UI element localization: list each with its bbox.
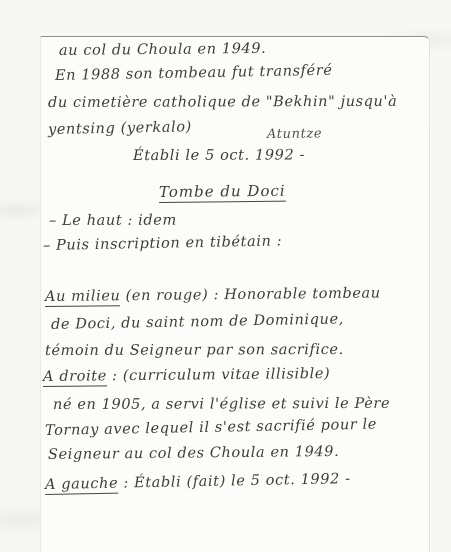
section-title: Tombe du Doci xyxy=(159,182,286,201)
handwritten-dateline: Établi le 5 oct. 1992 - xyxy=(133,147,305,164)
handwritten-line: du cimetière catholique de "Bekhin" jusq… xyxy=(48,94,397,111)
handwritten-line: Tornay avec lequel il s'est sacrifié pou… xyxy=(45,417,377,439)
scanned-document-screenshot: au col du Choula en 1949. En 1988 son to… xyxy=(0,0,451,552)
section-title-text: Tombe du Doci xyxy=(159,182,286,203)
line-text: : (curriculum vitae illisible) xyxy=(107,366,331,384)
handwritten-line: A droite : (curriculum vitae illisible) xyxy=(43,366,330,385)
handwritten-line: de Doci, du saint nom de Dominique, xyxy=(51,311,344,333)
handwritten-page: au col du Choula en 1949. En 1988 son to… xyxy=(40,36,430,552)
position-label-left: A gauche xyxy=(45,476,119,495)
handwritten-line: au col du Choula en 1949. xyxy=(59,41,267,59)
line-text: (en rouge) : Honorable tombeau xyxy=(120,285,380,304)
position-label-right: A droite xyxy=(43,368,107,387)
handwritten-line: témoin du Seigneur par son sacrifice. xyxy=(45,342,344,359)
handwritten-line: né en 1905, a servi l'église et suivi le… xyxy=(53,396,390,413)
position-label-middle: Au milieu xyxy=(45,288,121,307)
handwritten-line: Au milieu (en rouge) : Honorable tombeau xyxy=(45,285,381,305)
handwritten-line: Seigneur au col des Choula en 1949. xyxy=(48,444,339,463)
handwritten-line: En 1988 son tombeau fut transféré xyxy=(55,63,333,84)
handwritten-line: yentsing (yerkalo) xyxy=(48,119,192,138)
handwritten-line: – Le haut : idem xyxy=(49,213,177,229)
margin-annotation: Atuntze xyxy=(267,126,322,142)
handwritten-line: A gauche : Établi (fait) le 5 oct. 1992 … xyxy=(45,471,351,493)
handwritten-line: – Puis inscription en tibétain : xyxy=(43,233,282,254)
line-text: : Établi (fait) le 5 oct. 1992 - xyxy=(118,471,351,491)
